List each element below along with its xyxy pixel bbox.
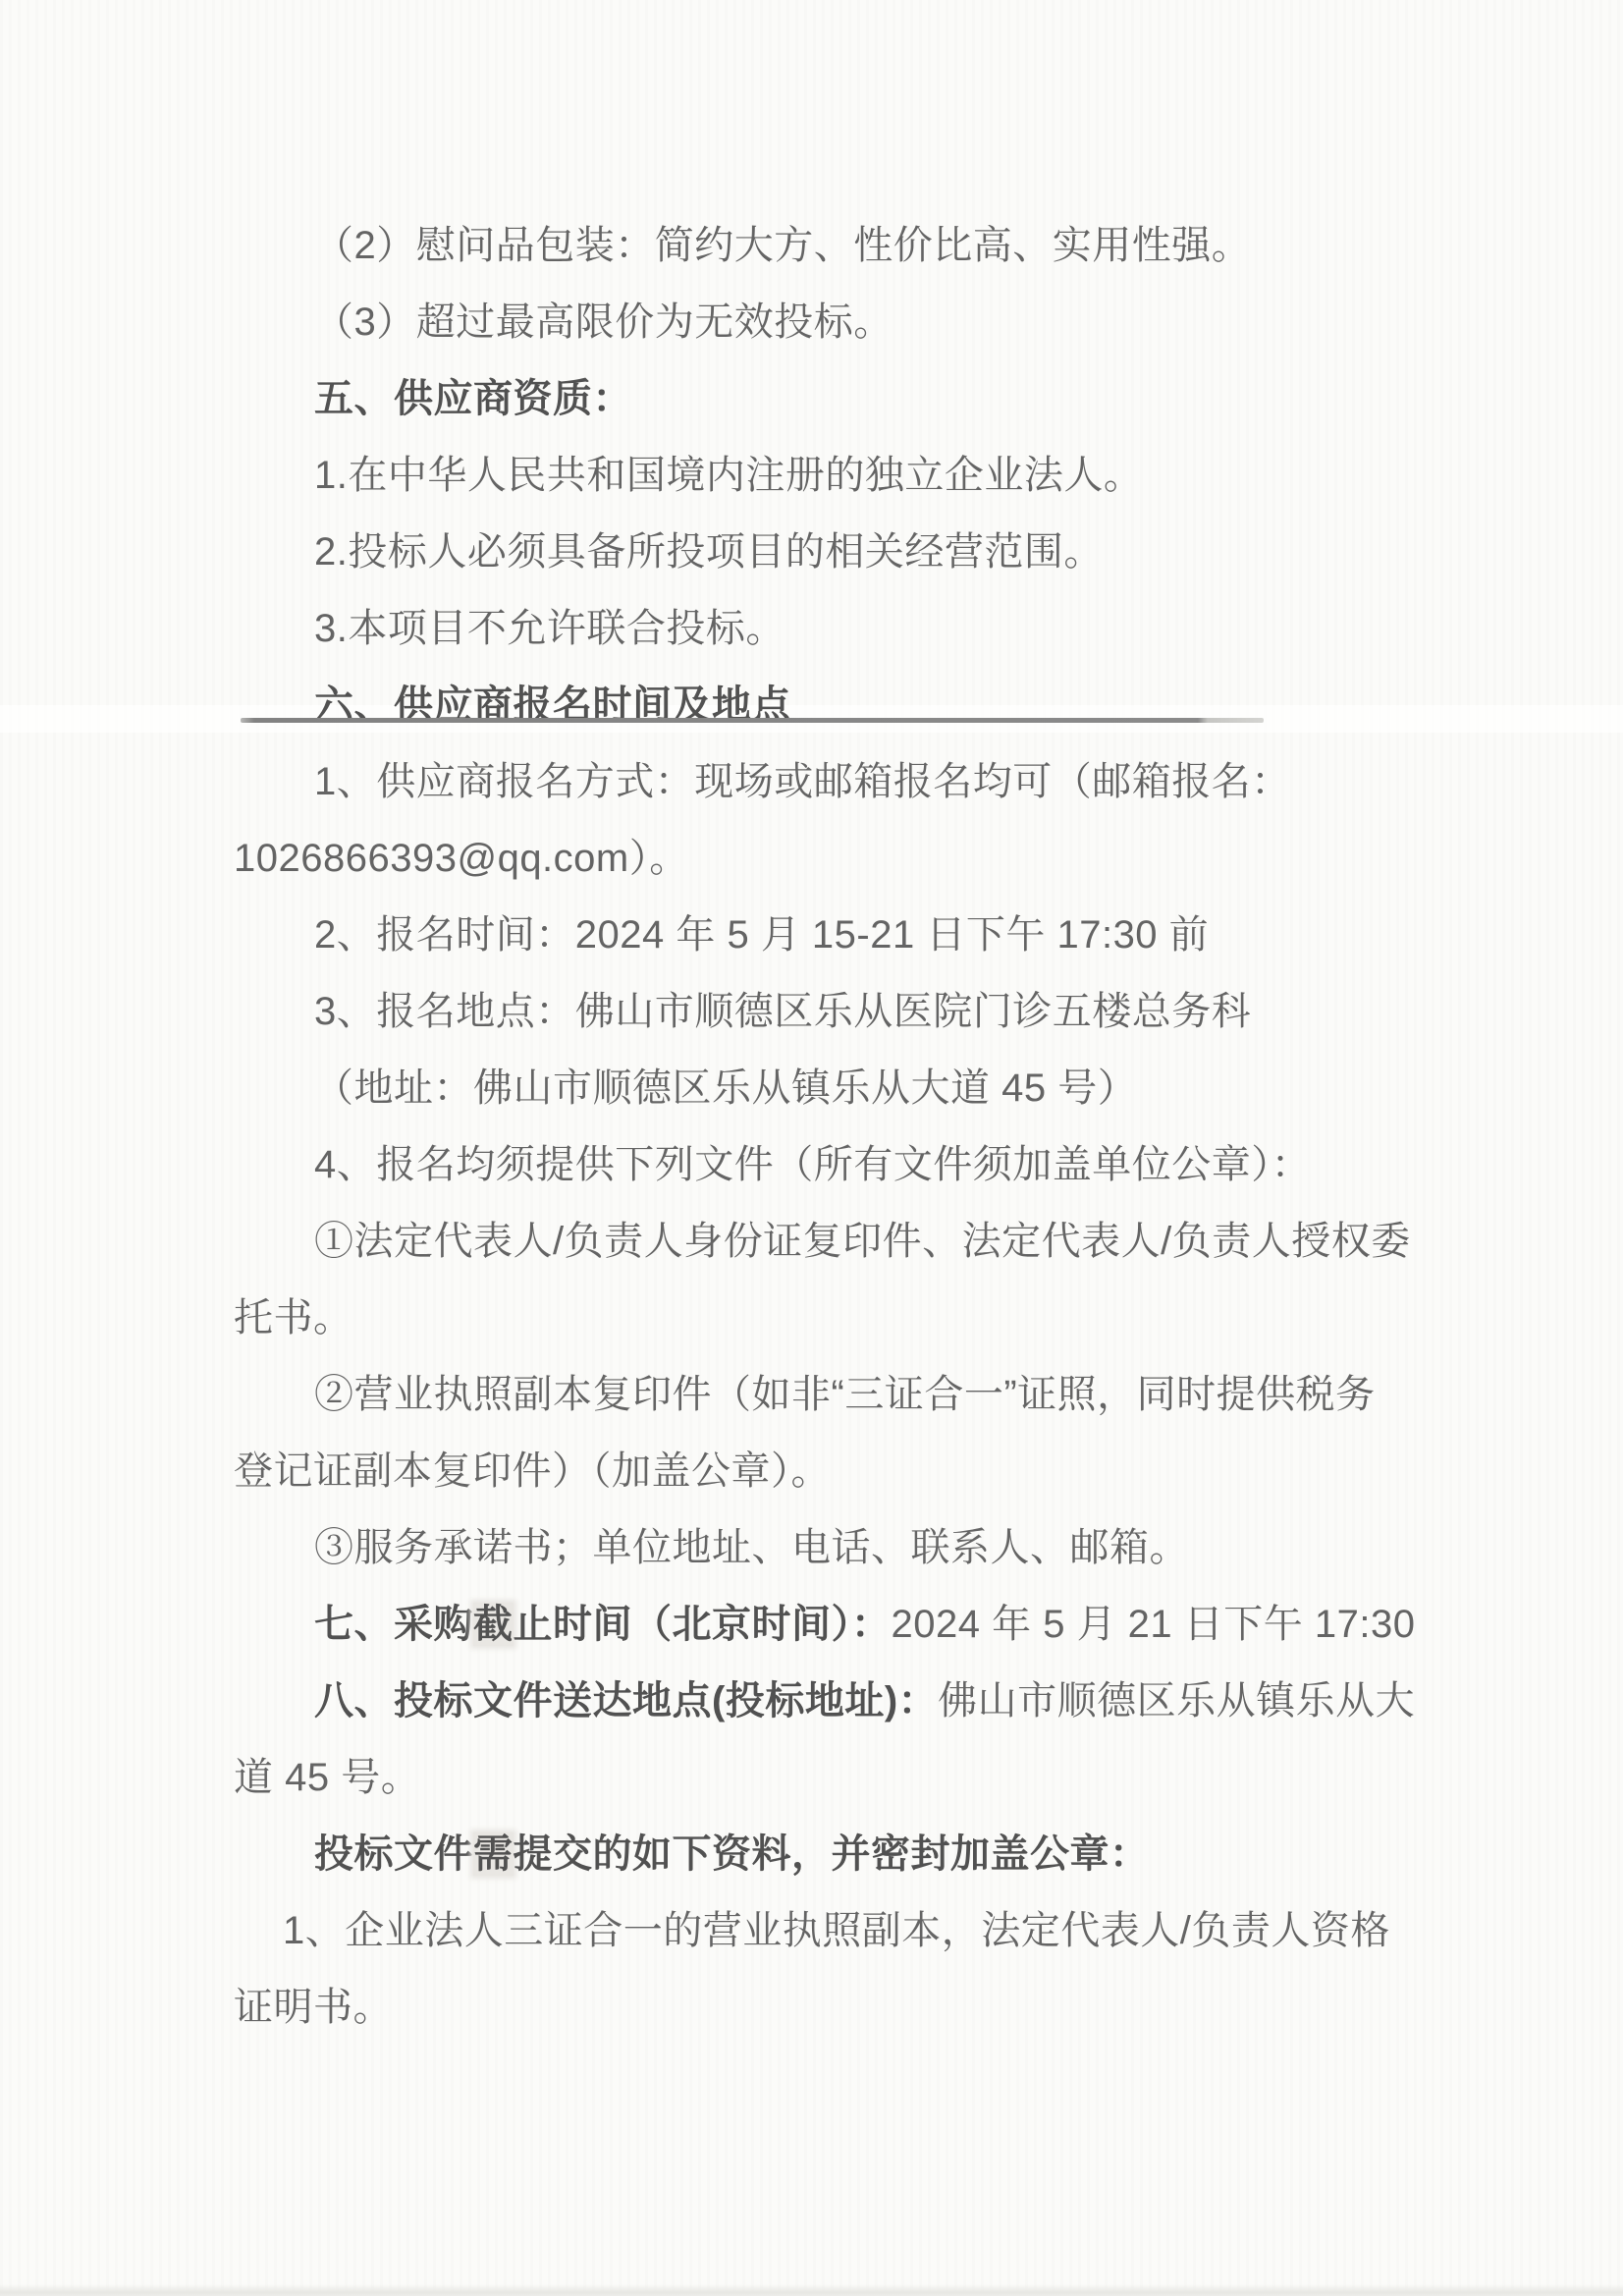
text-run: 2024 年 5 月 21 日下午 17:30 [892, 1603, 1416, 1646]
text-line: 2.投标人必须具备所投项目的相关经营范围。 [234, 514, 1402, 590]
text-run: ③服务承诺书；单位地址、电话、联系人、邮箱。 [314, 1526, 1189, 1569]
text-run: 2、报名时间：2024 年 5 月 15-21 日下午 17:30 前 [314, 913, 1209, 957]
text-run: （地址：佛山市顺德区乐从镇乐从大道 45 号） [314, 1066, 1137, 1110]
bold-text-run: 提交的如下资料，并密封加盖公章： [514, 1832, 1150, 1876]
text-line: 3、报名地点：佛山市顺德区乐从医院门诊五楼总务科 [234, 973, 1402, 1050]
bold-text-run: 需 [473, 1832, 514, 1876]
text-run: 证明书。 [234, 1986, 393, 2029]
text-run: （3）超过最高限价为无效投标。 [314, 301, 893, 344]
text-line: 证明书。 [234, 1969, 1402, 2046]
text-run: 3.本项目不允许联合投标。 [314, 607, 785, 650]
text-line: 七、采购截止时间（北京时间）：2024 年 5 月 21 日下午 17:30 [234, 1586, 1402, 1663]
text-line: （地址：佛山市顺德区乐从镇乐从大道 45 号） [234, 1050, 1402, 1126]
scanned-document-page: （2）慰问品包装：简约大方、性价比高、实用性强。（3）超过最高限价为无效投标。五… [0, 0, 1623, 2296]
bold-text-run: 八、投标文件送达地点(投标地址)： [314, 1679, 938, 1722]
text-run: 佛山市顺德区乐从镇乐从大 [938, 1679, 1415, 1722]
text-line: 1026866393@qq.com）。 [234, 820, 1402, 897]
text-line: 投标文件需提交的如下资料，并密封加盖公章： [234, 1816, 1402, 1892]
text-run: ②营业执照副本复印件（如非“三证合一”证照，同时提供税务 [314, 1373, 1376, 1416]
text-run: 2.投标人必须具备所投项目的相关经营范围。 [314, 530, 1104, 574]
bold-text-run: 止时间（北京时间）： [514, 1603, 892, 1646]
text-run: 1.在中华人民共和国境内注册的独立企业法人。 [314, 454, 1143, 497]
text-run: 1、供应商报名方式：现场或邮箱报名均可（邮箱报名： [314, 760, 1291, 803]
text-run: 托书。 [234, 1296, 353, 1339]
text-line: 1、企业法人三证合一的营业执照副本，法定代表人/负责人资格 [234, 1892, 1402, 1969]
bold-text-run: 投标文件 [314, 1832, 473, 1876]
text-line: 1.在中华人民共和国境内注册的独立企业法人。 [234, 437, 1402, 514]
text-run: 1、企业法人三证合一的营业执照副本，法定代表人/负责人资格 [283, 1909, 1390, 1952]
text-line: 3.本项目不允许联合投标。 [234, 590, 1402, 667]
text-line: 4、报名均须提供下列文件（所有文件须加盖单位公章）： [234, 1126, 1402, 1203]
text-run: 登记证副本复印件）（加盖公章）。 [234, 1449, 831, 1493]
text-line: 八、投标文件送达地点(投标地址)：佛山市顺德区乐从镇乐从大 [234, 1663, 1402, 1739]
text-line: （3）超过最高限价为无效投标。 [234, 284, 1402, 360]
document-text-block: （2）慰问品包装：简约大方、性价比高、实用性强。（3）超过最高限价为无效投标。五… [234, 207, 1402, 2046]
text-line: 登记证副本复印件）（加盖公章）。 [234, 1433, 1402, 1509]
text-line: 六、供应商报名时间及地点 [234, 667, 1402, 743]
text-line: 五、供应商资质： [234, 360, 1402, 437]
text-line: 托书。 [234, 1280, 1402, 1356]
text-run: （2）慰问品包装：简约大方、性价比高、实用性强。 [314, 224, 1251, 267]
text-run: 4、报名均须提供下列文件（所有文件须加盖单位公章）： [314, 1143, 1311, 1186]
text-run: 3、报名地点：佛山市顺德区乐从医院门诊五楼总务科 [314, 990, 1251, 1033]
text-line: ③服务承诺书；单位地址、电话、联系人、邮箱。 [234, 1509, 1402, 1586]
bold-text-run: 七、采购 [314, 1603, 473, 1646]
text-line: （2）慰问品包装：简约大方、性价比高、实用性强。 [234, 207, 1402, 284]
text-line: ①法定代表人/负责人身份证复印件、法定代表人/负责人授权委 [234, 1203, 1402, 1280]
text-run: 1026866393@qq.com）。 [234, 837, 689, 880]
heading-underline-rule [241, 718, 1264, 723]
text-run: ①法定代表人/负责人身份证复印件、法定代表人/负责人授权委 [314, 1220, 1411, 1263]
text-run: 道 45 号。 [234, 1756, 420, 1799]
page-bottom-edge-artifact [0, 2284, 1623, 2296]
text-line: ②营业执照副本复印件（如非“三证合一”证照，同时提供税务 [234, 1356, 1402, 1433]
text-line: 2、报名时间：2024 年 5 月 15-21 日下午 17:30 前 [234, 897, 1402, 973]
bold-text-run: 五、供应商资质： [314, 377, 632, 420]
text-line: 1、供应商报名方式：现场或邮箱报名均可（邮箱报名： [234, 743, 1402, 820]
bold-text-run: 截 [473, 1603, 514, 1646]
text-line: 道 45 号。 [234, 1739, 1402, 1816]
